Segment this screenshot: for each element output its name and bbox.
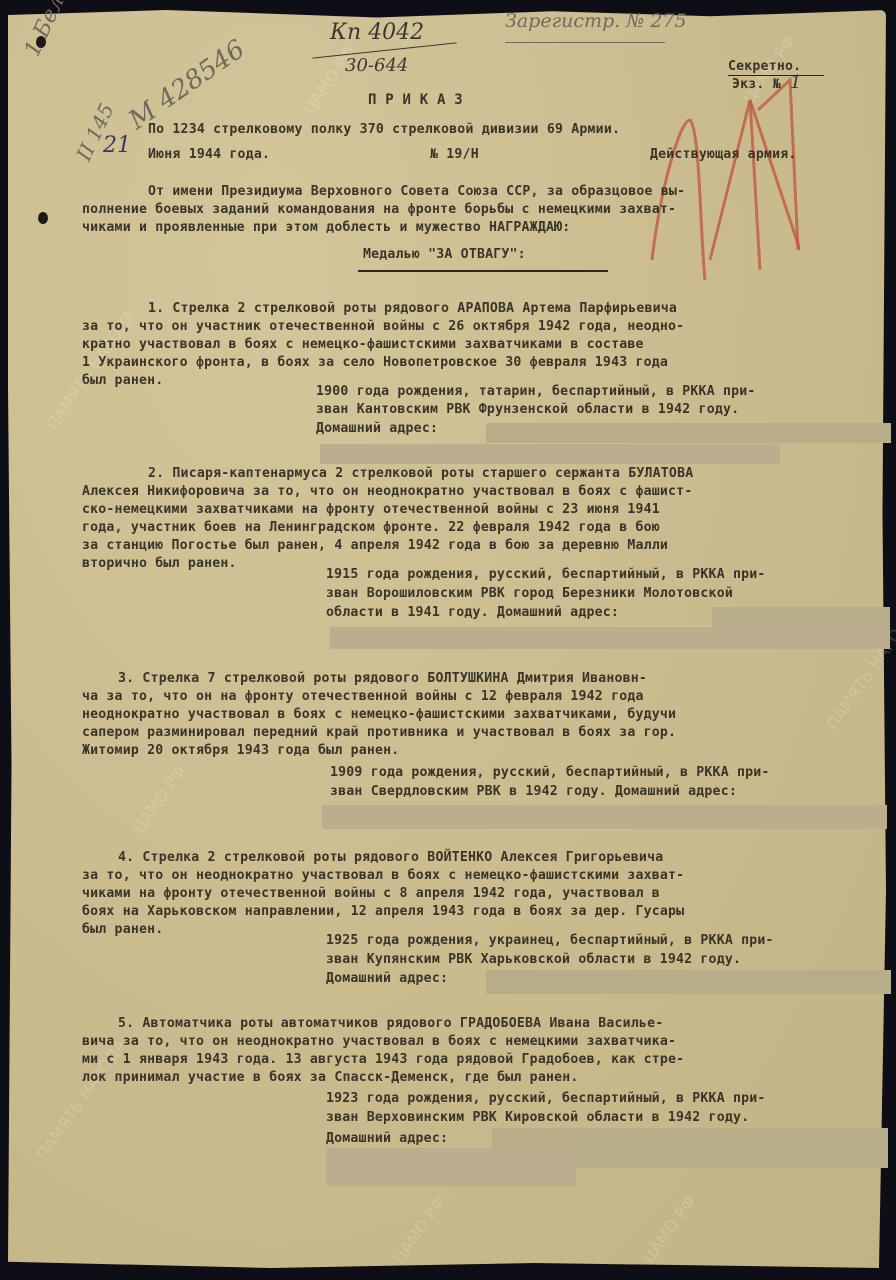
handwritten-reference-2: 30-644 [345,55,408,76]
entry-bio-line: Домашний адрес: [316,420,438,437]
entry-bio-line: зван Кантовским РВК Фрунзенской области … [316,401,739,418]
handwritten-registration: Зарегистр. № 275 [505,10,687,32]
document-title: П Р И К А З [368,92,463,109]
redacted-address [486,970,891,994]
entry-body-line: лок принимал участие в боях за Спасск-Де… [82,1069,579,1086]
handwritten-line [505,42,665,43]
entry-body-line: боях на Харьковском направлении, 12 апре… [82,903,684,920]
entry-body-line: 4. Стрелка 2 стрелковой роты рядового ВО… [118,849,663,866]
entry-bio-line: 1925 года рождения, украинец, беспартийн… [326,932,774,949]
entry-body-line: за станцию Погостье был ранен, 4 апреля … [82,537,668,554]
handwritten-reference: Кп 4042 [330,20,424,45]
entry-body-line: вторично был ранен. [82,555,237,572]
entry-body-line: за то, что он участник отечественной вой… [82,318,684,335]
entry-body-line: Житомир 20 октября 1943 года был ранен. [82,742,399,759]
redacted-address [330,627,890,649]
entry-body-line: за то, что он неоднократно участвовал в … [82,867,684,884]
entry-body-line: был ранен. [82,921,163,938]
entry-body-line: 2. Писаря-каптенармуса 2 стрелковой роты… [148,465,693,482]
entry-body-line: 1 Украинского фронта, в боях за село Нов… [82,354,668,371]
entry-body-line: Алексея Никифоровича за то, что он неодн… [82,483,692,500]
entry-bio-line: 1909 года рождения, русский, беспартийны… [330,764,770,781]
order-number: № 19/Н [430,146,479,163]
redacted-address [712,607,890,627]
entry-bio-line: зван Свердловским РВК в 1942 году. Домаш… [330,783,737,800]
entry-bio-line: 1923 года рождения, русский, беспартийны… [326,1090,766,1107]
entry-bio-line: зван Купянским РВК Харьковской области в… [326,951,741,968]
entry-bio-line: области в 1941 году. Домашний адрес: [326,604,619,621]
entry-bio-line: зван Верховинским РВК Кировской области … [326,1109,749,1126]
red-signature-mark [640,70,800,290]
entry-body-line: 5. Автоматчика роты автоматчиков рядовог… [118,1015,663,1032]
copy-number: 1 [790,72,801,93]
preamble-line: От имени Президиума Верховного Совета Со… [148,183,685,200]
preamble-line: полнение боевых заданий командования на … [82,201,676,218]
handwritten-date-day: 21 [103,133,131,158]
medal-heading-underline [358,270,608,272]
entry-body-line: сапером разминировал передний край проти… [82,724,676,741]
entry-body-line: был ранен. [82,372,163,389]
entry-body-line: ми с 1 января 1943 года. 13 августа 1943… [82,1051,684,1068]
copy-number-label: Экз. № [732,76,781,93]
redacted-address [326,1148,576,1186]
entry-body-line: неоднократно участвовал в боях с немецко… [82,706,676,723]
entry-body-line: вича за то, что он неоднократно участвов… [82,1033,676,1050]
redacted-address [486,423,891,443]
entry-bio-line: 1915 года рождения, русский, беспартийны… [326,566,766,583]
punch-hole [38,212,48,224]
entry-body-line: ско-немецкими захватчиками на фронту оте… [82,501,660,518]
entry-body-line: года, участник боев на Ленинградском фро… [82,519,660,536]
redacted-address [322,805,887,829]
entry-body-line: ча за то, что он на фронту отечественной… [82,688,644,705]
entry-body-line: 3. Стрелка 7 стрелковой роты рядового БО… [118,670,647,687]
entry-body-line: кратно участвовал в боях с немецко-фашис… [82,336,644,353]
redacted-address [320,444,780,464]
preamble-line: чиками и проявленные при этом доблесть и… [82,219,570,236]
entry-body-line: чиками на фронту отечественной войны с 8… [82,885,660,902]
entry-bio-line: Домашний адрес: [326,970,448,987]
entry-bio-line: зван Ворошиловским РВК город Березники М… [326,585,733,602]
medal-heading: Медалью "ЗА ОТВАГУ": [363,246,526,263]
order-location: Действующая армия. [650,146,797,163]
order-date: Июня 1944 года. [148,146,270,163]
document-subtitle: По 1234 стрелковому полку 370 стрелковой… [148,121,620,138]
entry-bio-line: 1900 года рождения, татарин, беспартийны… [316,383,756,400]
entry-body-line: 1. Стрелка 2 стрелковой роты рядового АР… [148,300,677,317]
entry-bio-line: Домашний адрес: [326,1130,448,1147]
